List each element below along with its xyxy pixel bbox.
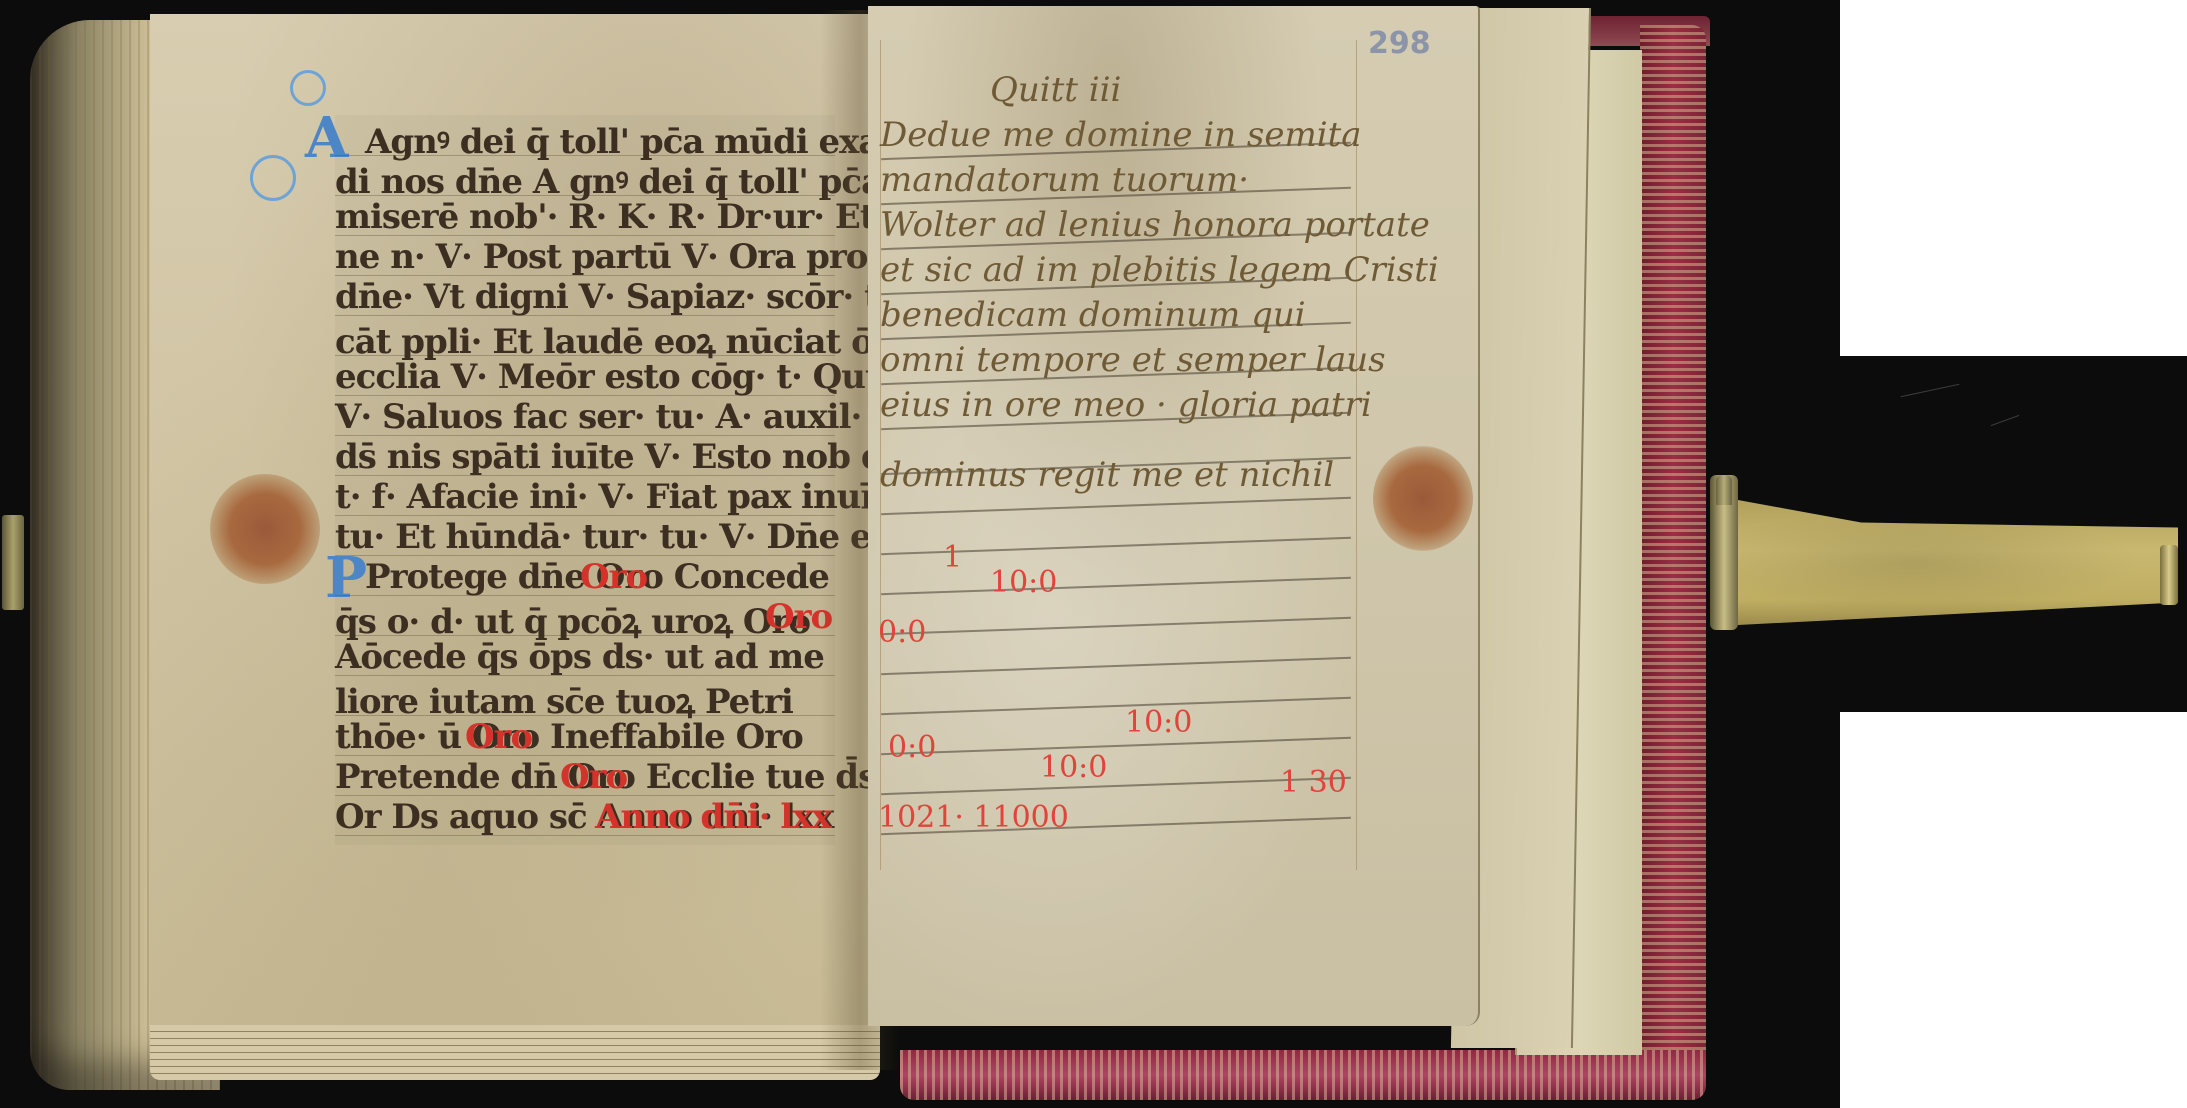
left-text-block: A P Agnꝰ dei q̄ toll' pc̄a mūdi exau di …: [335, 115, 835, 845]
ruling-line: [881, 497, 1351, 515]
page-bottom-edges: [150, 1025, 880, 1080]
rubric-oro: Oro: [560, 757, 627, 797]
manuscript-line: Aōcede q̄s ōps ds· ut ad me: [335, 637, 824, 677]
rubric-oro: Oro: [580, 557, 647, 597]
white-mask-bottom: [1840, 712, 2187, 1108]
brass-clasp-strap: [1738, 500, 2178, 625]
clasp-end-icon: [2160, 545, 2178, 605]
stain-spot: [210, 474, 320, 584]
folio-number: 298: [1368, 26, 1431, 61]
manuscript-line: t· f· Afacie ini· V· Fiat pax inuīr: [335, 477, 889, 517]
manuscript-line: dn̄e· Vt digni V· Sapiaz· scōr· tu: [335, 277, 903, 317]
cursive-line: mandatorum tuorum·: [880, 160, 1249, 200]
cursive-line: dominus regit me et nichil: [880, 455, 1334, 495]
red-numeral: 10:0: [1040, 750, 1107, 785]
rubric-anno-domini: Anno dn̄i· lxx: [595, 797, 831, 837]
clasp-pin-icon: [1716, 475, 1732, 505]
ruling-line: [881, 617, 1351, 635]
cursive-line: Dedue me domine in semita: [880, 115, 1362, 155]
rubric-oro: Oro: [465, 717, 532, 757]
clasp-catch-icon: [2, 515, 24, 610]
scan-scratch: [1991, 415, 2020, 426]
red-numeral: 0:0: [878, 615, 926, 650]
cursive-line: Wolter ad lenius honora portate: [880, 205, 1430, 245]
ruling-line: [881, 697, 1351, 715]
cursive-line: omni tempore et semper laus: [880, 340, 1386, 380]
red-numeral: 10:0: [990, 565, 1057, 600]
blue-flourish-icon: [250, 155, 296, 201]
manuscript-line: miserē nob'· R· K· R· Dr·ur· Et: [335, 197, 875, 237]
scan-scratch: [1901, 384, 1960, 397]
cursive-line: benedicam dominum qui: [880, 295, 1306, 335]
ruling-line: [881, 577, 1351, 595]
red-numeral: 0:0: [888, 730, 936, 765]
binding-textile-bottom: [900, 1050, 1706, 1100]
blue-flourish-icon: [290, 70, 326, 106]
stain-spot: [1373, 446, 1473, 551]
red-numeral: 1021· 11000: [878, 800, 1069, 835]
manuscript-line: tu· Et hūndā· tur· tu· V· Dn̄e ex: [335, 517, 890, 557]
white-mask-top: [1840, 0, 2187, 356]
binding-textile-right: [1640, 25, 1706, 1085]
red-numeral: 1 30: [1280, 765, 1347, 800]
manuscript-line: thōe· ū Oro Ineffabile Oro: [335, 717, 803, 757]
ruling-line: [881, 737, 1351, 755]
ruling-line: [881, 657, 1351, 675]
cursive-line: et sic ad im plebitis legem Cristi: [880, 250, 1439, 290]
red-numeral: 1: [943, 540, 962, 575]
cursive-line: eius in ore meo · gloria patri: [880, 385, 1372, 425]
right-page-heading: Quitt iii: [990, 70, 1121, 110]
red-numeral: 10:0: [1125, 705, 1192, 740]
